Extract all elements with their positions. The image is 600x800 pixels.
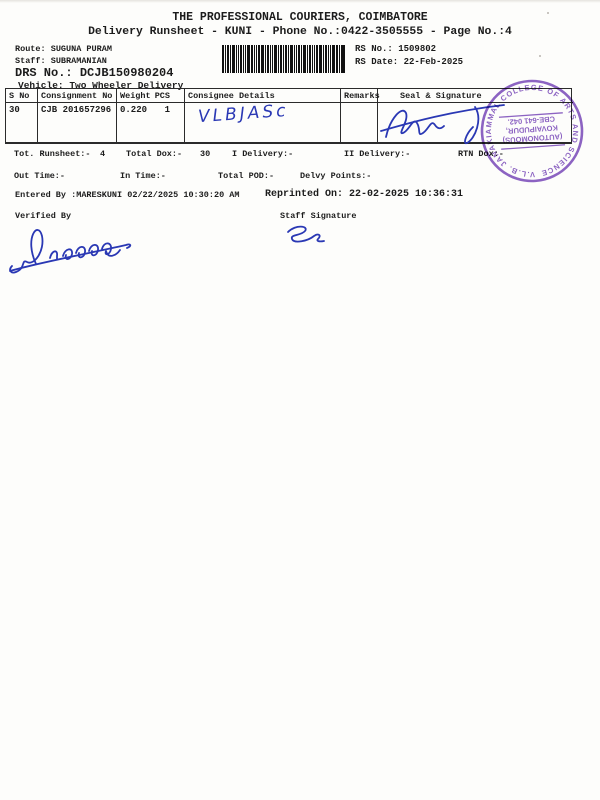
page-subtitle: Delivery Runsheet - KUNI - Phone No.:042…	[0, 26, 600, 38]
drs-line: DRS No.: DCJB150980204	[15, 66, 173, 80]
route-line: Route: SUGUNA PURAM	[15, 44, 112, 54]
tot-runsheet-label: Tot. Runsheet:-	[14, 149, 91, 159]
entered-by-line: Entered By :MARESKUNI 02/22/2025 10:30:2…	[15, 190, 239, 200]
row-consignment-no: CJB 201657296	[38, 103, 117, 142]
entered-by-value: MARESKUNI	[76, 190, 122, 200]
barcode-image	[222, 45, 345, 73]
row-weight-pcs: 0.220 1	[117, 103, 185, 142]
row-s-no: 30	[6, 103, 38, 142]
entered-by-label: Entered By :	[15, 190, 76, 200]
row-pcs: 1	[165, 105, 170, 142]
drs-value: DCJB150980204	[80, 66, 174, 80]
i-delivery-label: I Delivery:-	[232, 149, 293, 159]
scan-speck	[539, 55, 541, 57]
reprinted-label: Reprinted On:	[265, 189, 343, 200]
col-header-pcs: PCS	[155, 91, 170, 102]
route-label: Route:	[15, 44, 46, 54]
col-header-s-no: S No	[6, 89, 38, 103]
staff-signature-label: Staff Signature	[280, 211, 357, 221]
round-stamp: V.L.B. JANAKIAMMAL COLLEGE OF ARTS AND S…	[474, 73, 590, 189]
col-header-consignment-no: Consignment No	[38, 89, 117, 103]
route-value: SUGUNA PURAM	[51, 44, 112, 54]
rs-no-line: RS No.: 1509802	[355, 44, 436, 54]
out-time-label: Out Time:-	[14, 171, 65, 181]
drs-label: DRS No.:	[15, 66, 73, 80]
row-weight: 0.220	[120, 105, 147, 142]
reprinted-line: Reprinted On: 22-02-2025 10:36:31	[265, 189, 463, 200]
staff-line: Staff: SUBRAMANIAN	[15, 56, 107, 66]
col-header-weight: Weight	[120, 91, 151, 102]
rs-date-label: RS Date:	[355, 57, 398, 67]
row-remarks-cell	[341, 103, 378, 142]
rs-no-value: 1509802	[398, 44, 436, 54]
scan-top-edge	[0, 0, 600, 3]
in-time-label: In Time:-	[120, 171, 166, 181]
col-header-weight-pcs: Weight PCS	[117, 89, 185, 103]
rs-date-value: 22-Feb-2025	[404, 57, 463, 67]
rs-date-line: RS Date: 22-Feb-2025	[355, 57, 463, 67]
reprinted-at-value: 22-02-2025 10:36:31	[349, 189, 463, 200]
verified-by-signature-ink	[6, 216, 146, 274]
col-header-remarks: Remarks	[341, 89, 378, 103]
staff-value: SUBRAMANIAN	[51, 56, 107, 66]
total-dox-value: 30	[200, 149, 210, 159]
total-dox-label: Total Dox:-	[126, 149, 182, 159]
staff-label: Staff:	[15, 56, 46, 66]
tot-runsheet-value: 4	[100, 149, 105, 159]
rs-no-label: RS No.:	[355, 44, 393, 54]
col-header-consignee: Consignee Details	[185, 89, 341, 103]
total-pod-label: Total POD:-	[218, 171, 274, 181]
ii-delivery-label: II Delivery:-	[344, 149, 410, 159]
page-title: THE PROFESSIONAL COURIERS, COIMBATORE	[0, 11, 600, 24]
staff-signature-ink	[278, 222, 330, 248]
delvy-points-label: Delvy Points:-	[300, 171, 371, 181]
entered-at-value: 02/22/2025 10:30:20 AM	[127, 190, 239, 200]
